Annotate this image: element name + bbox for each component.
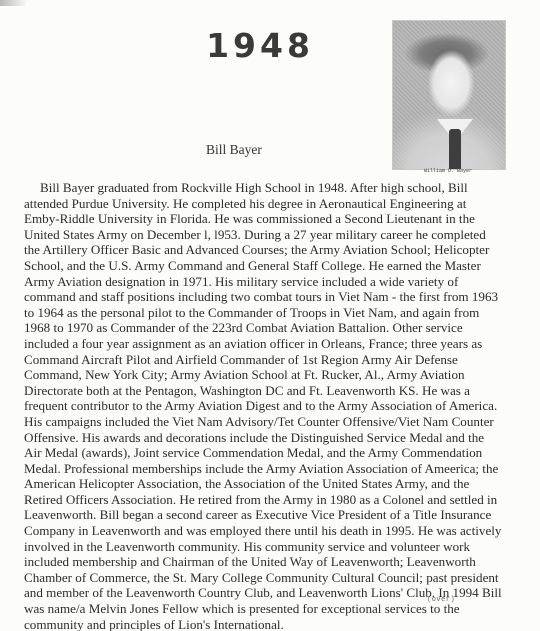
person-name: Bill Bayer — [206, 142, 262, 158]
photo-tie — [449, 129, 461, 169]
biography-paragraph: Bill Bayer graduated from Rockville High… — [24, 180, 504, 631]
over-note: (over) — [427, 596, 455, 604]
photo-caption: William D. Bayer — [392, 168, 504, 174]
year-heading: 1948 — [200, 26, 320, 65]
portrait-photo — [392, 20, 506, 170]
scan-smudge — [0, 0, 28, 6]
